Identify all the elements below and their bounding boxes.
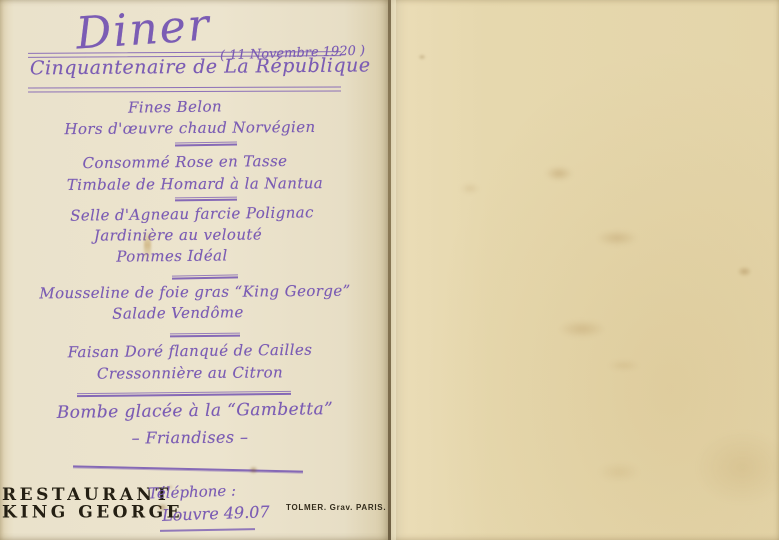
menu-title: Diner (74, 0, 212, 60)
menu-subtitle: Cinquantenaire de La République (30, 55, 346, 80)
telephone-label: Téléphone : (148, 481, 237, 502)
course-separator (175, 197, 237, 202)
telephone-number: Louvre 49.07 (162, 502, 270, 525)
menu-item: Consommé Rose en Tasse (25, 149, 345, 174)
menu-header: Diner ( 11 Novembre 1920 ) (76, 4, 386, 55)
menu-left-page (0, 0, 391, 540)
engraver-credit: TOLMER. Grav. PARIS. (286, 503, 386, 512)
menu-item: Hors d'œuvre chaud Norvégien (30, 117, 350, 141)
menu-card-scan: Diner ( 11 Novembre 1920 ) Cinquantenair… (0, 0, 779, 540)
course-oysters: Fines Belon Hors d'œuvre chaud Norvégien (30, 97, 350, 139)
course-pheasant: Faisan Doré flanqué de Cailles Cressonni… (30, 340, 350, 384)
course-lamb: Selle d'Agneau farcie Polignac Jardinièr… (30, 204, 350, 267)
menu-item: Faisan Doré flanqué de Cailles (30, 338, 350, 363)
center-fold-highlight (391, 0, 396, 540)
menu-item: Timbale de Homard à la Nantua (35, 172, 355, 196)
blank-right-page (391, 0, 779, 540)
menu-item: Salade Vendôme (18, 301, 338, 326)
menu-item: Cressonnière au Citron (30, 361, 350, 385)
menu-item: Bombe glacée à la “Gambetta” (35, 396, 355, 427)
paper-age-wash (391, 0, 779, 540)
course-soup: Consommé Rose en Tasse Timbale de Homard… (30, 151, 350, 195)
menu-item: – Friandises – (30, 424, 350, 452)
restaurant-stamp-line2: KING GEORGE (2, 504, 183, 521)
menu-item: Pommes Idéal (12, 244, 332, 268)
course-foie-gras: Mousseline de foie gras “King George” Sa… (30, 282, 350, 324)
course-dessert: Bombe glacée à la “Gambetta” – Friandise… (30, 398, 350, 450)
course-separator (170, 333, 240, 338)
menu-item: Jardinière au velouté (18, 224, 338, 247)
